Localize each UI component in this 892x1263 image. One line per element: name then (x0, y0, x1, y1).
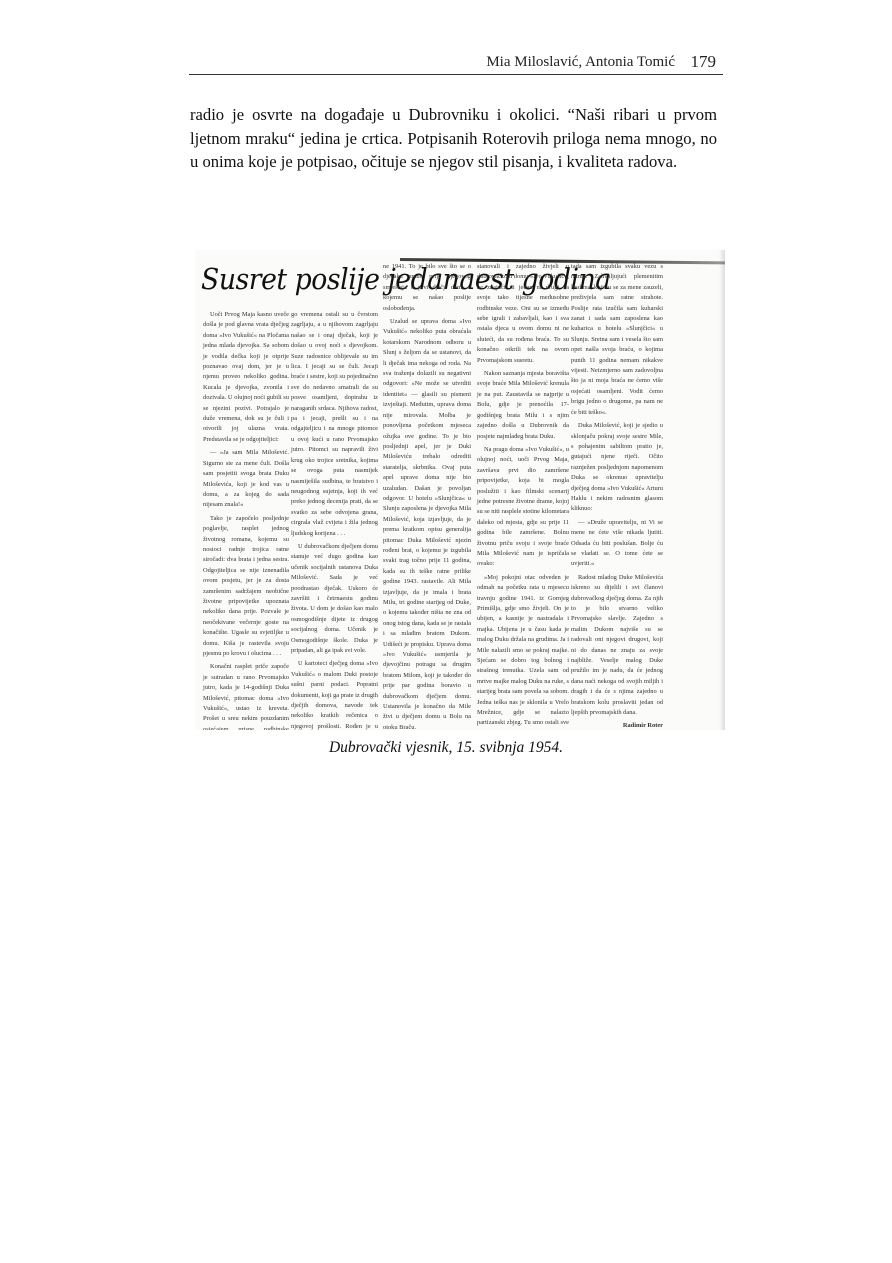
clipping-paragraph: Uzalud se uprava doma »Ivo Vukušić« neko… (383, 317, 471, 730)
clipping-paragraph: Radost mladog Duke Miloševića iskreno su… (571, 573, 663, 719)
clipping-paragraph: Tako je započelo posljednje poglavlje, r… (203, 514, 289, 660)
clipping-column-3: ne 1941. To je bilo sve što se o dječaku… (383, 262, 471, 730)
clipping-paragraph: Na pragu doma »Ivo Vukušić«, u olujnoj n… (477, 445, 569, 570)
clipping-paragraph: — »Ja sam Mila Milošević. Sigurno ste za… (203, 448, 289, 510)
clipping-column-4: stanovali i zajedno živjeli u dubrovačko… (477, 262, 569, 730)
body-paragraph: radio je osvrte na događaje u Dubrovniku… (190, 103, 717, 174)
clipping-paragraph: U dubrovačkom dječjem domu stanuje već d… (291, 542, 378, 656)
clipping-column-1: Uoči Prvog Maja kasno uveče došla je pod… (203, 310, 289, 730)
clipping-paragraph: Duka Milošević, koji je sjedio u sklonja… (571, 421, 663, 515)
scan-edge-shadow (719, 250, 725, 730)
clipping-paragraph: Uoči Prvog Maja kasno uveče došla je pod… (203, 310, 289, 445)
clipping-paragraph: tada sam izgubila svaku vezu s njima. Za… (571, 262, 663, 418)
clipping-paragraph: U kartoteci dječjeg doma »Ivo Vukušić« o… (291, 659, 378, 730)
clipping-signature: Radimir Roter (571, 721, 663, 730)
clipping-paragraph: ne 1941. To je bilo sve što se o dječaku… (383, 262, 471, 314)
newspaper-clipping-image: Susret poslije jedanaest godina Uoči Prv… (195, 250, 725, 730)
clipping-paragraph: — »Druže upravitelju, ni Vi se mene ne ć… (571, 518, 663, 570)
running-header: Mia Miloslavić, Antonia Tomić 179 (189, 52, 723, 75)
clipping-column-2: go vremena ostali su u čvrstom zagrljaju… (291, 310, 378, 730)
page-number: 179 (691, 52, 717, 72)
clipping-paragraph: go vremena ostali su u čvrstom zagrljaju… (291, 310, 378, 539)
clipping-paragraph: stanovali i zajedno živjeli u dubrovačko… (477, 262, 569, 366)
running-header-authors: Mia Miloslavić, Antonia Tomić (486, 54, 675, 71)
clipping-paragraph: Nakon saznanja mjesta boravišta svoje br… (477, 369, 569, 442)
clipping-paragraph: »Moj pokojni otac odveden je odmah na po… (477, 573, 569, 730)
clipping-column-5: tada sam izgubila svaku vezu s njima. Za… (571, 262, 663, 730)
figure-caption: Dubrovački vjesnik, 15. svibnja 1954. (0, 739, 892, 757)
clipping-paragraph: Konačni rasplet priče započe je sutradan… (203, 662, 289, 730)
